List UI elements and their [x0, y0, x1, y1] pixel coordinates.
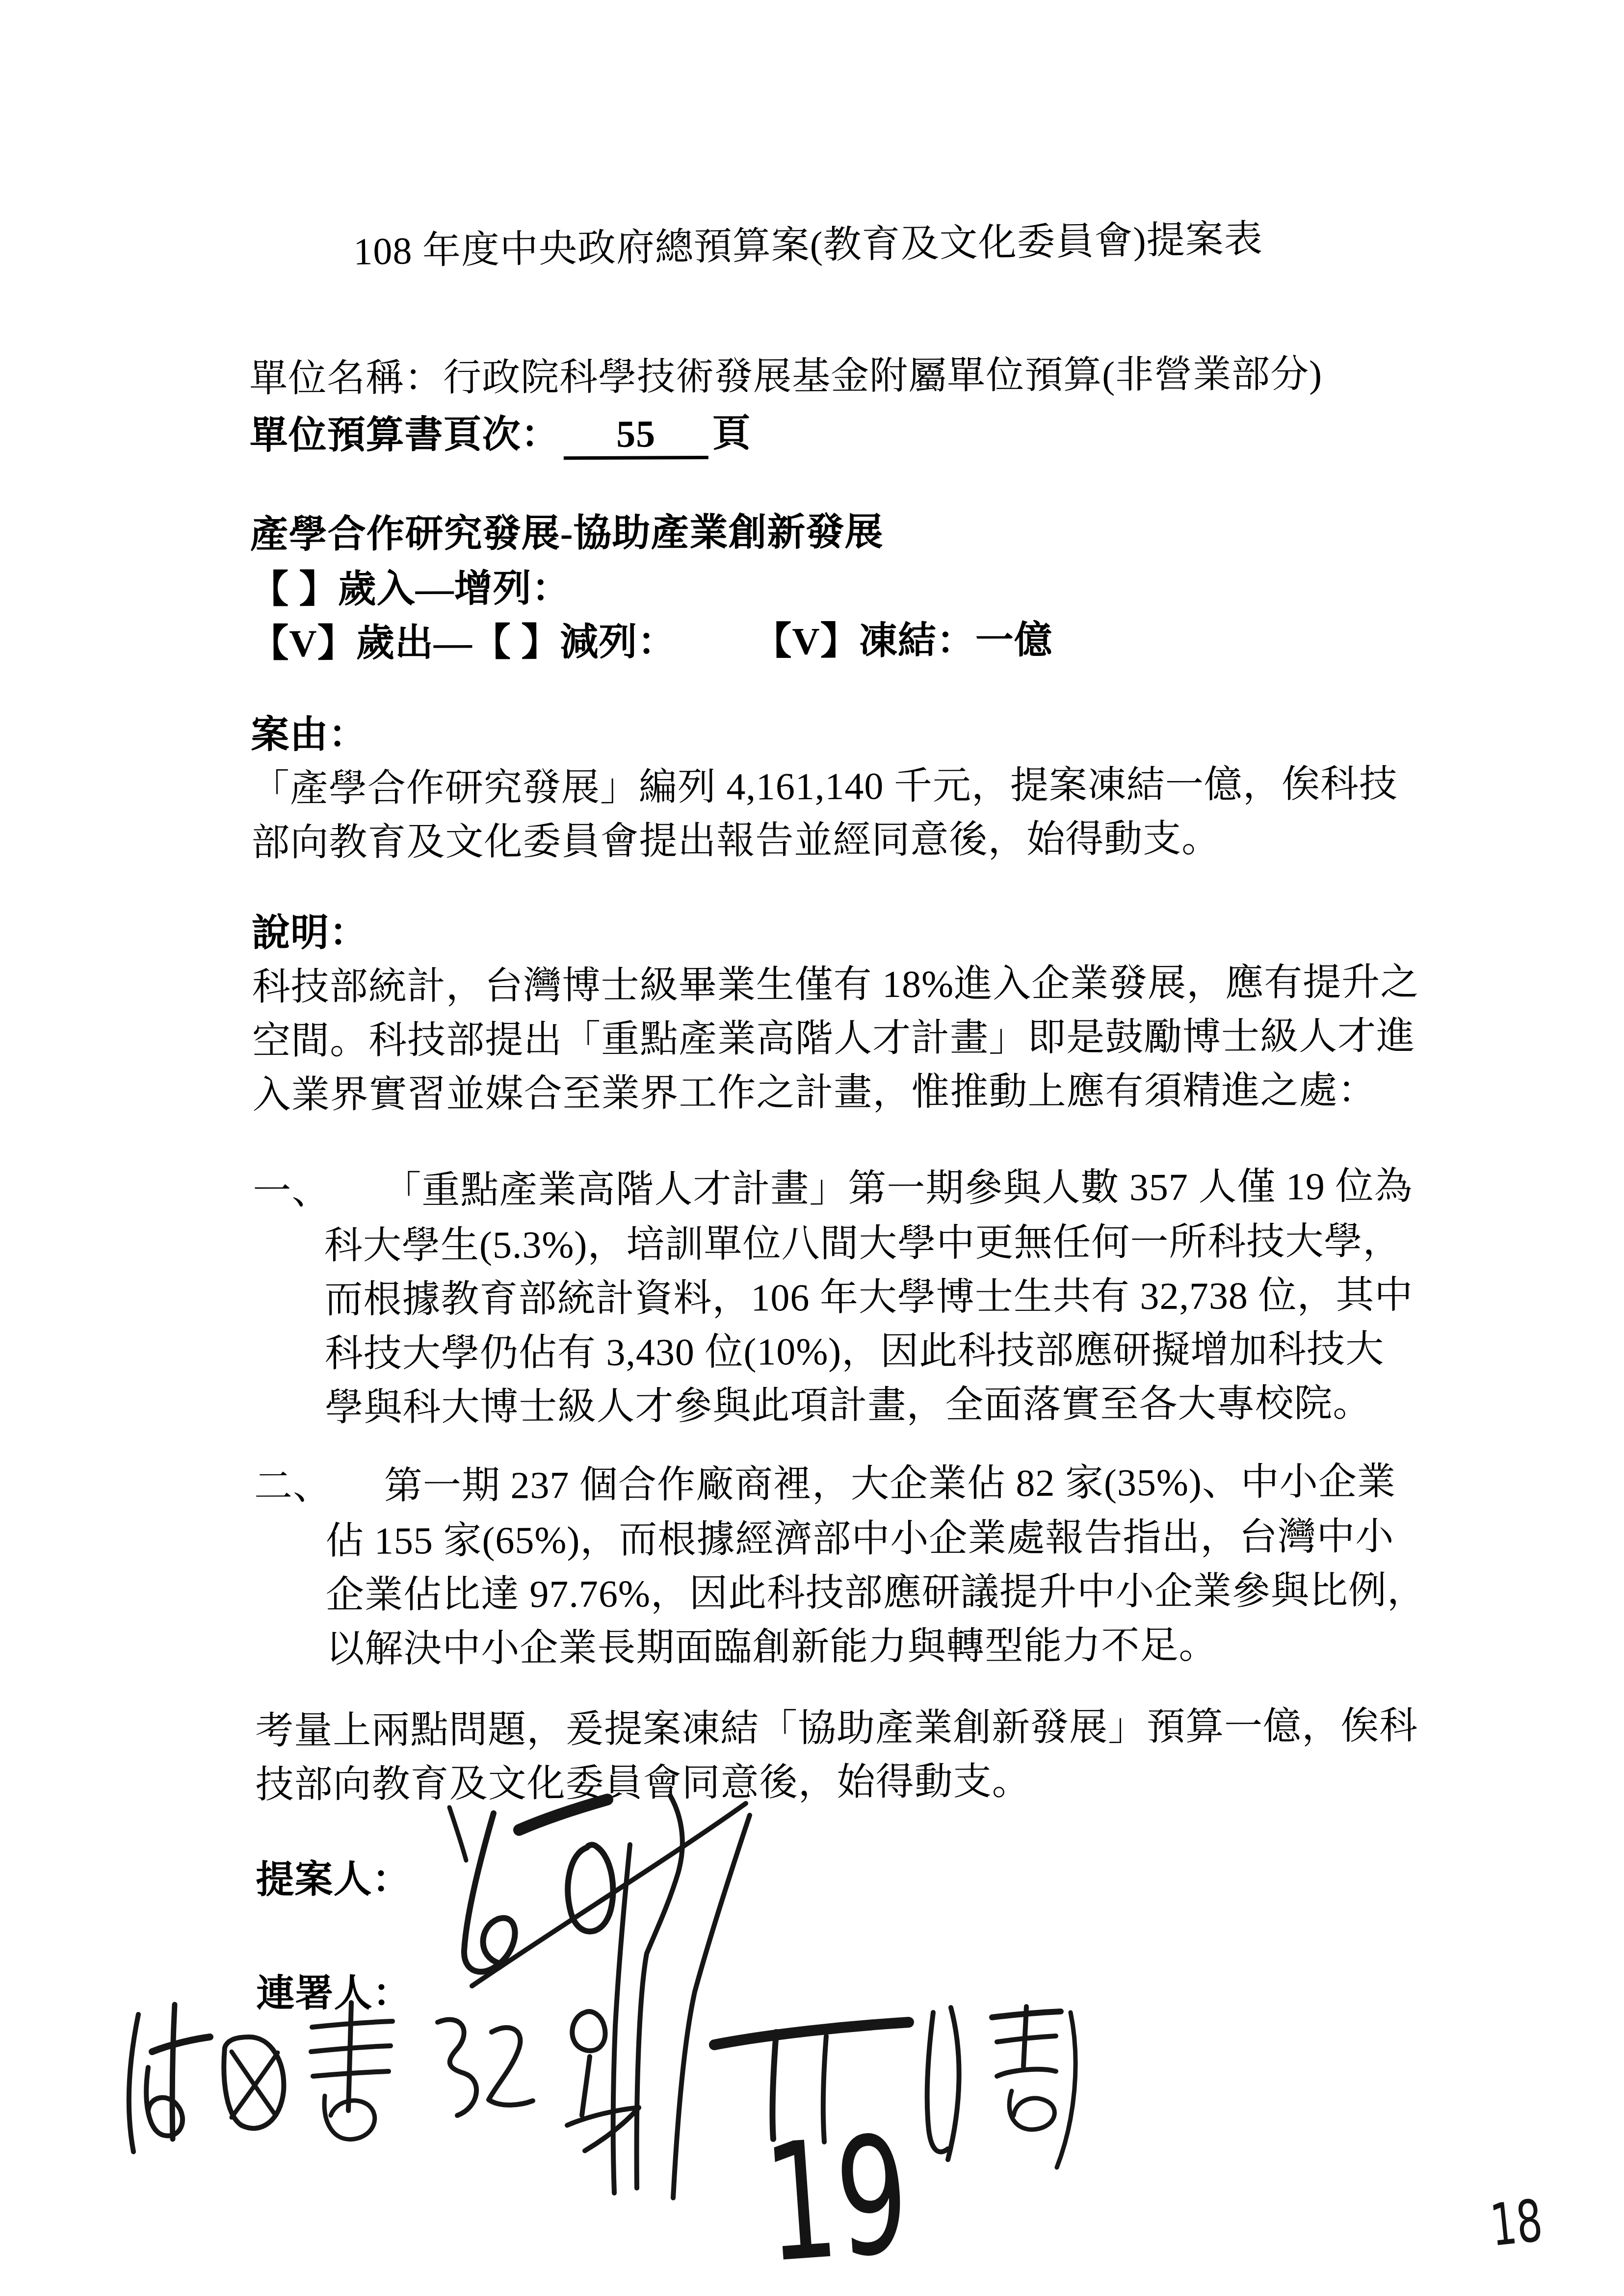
scanned-document-page: 108 年度中央政府總預算案(教育及文化委員會)提案表 單位名稱：行政院科學技術…: [0, 0, 1624, 2296]
check-line-revenue: 【 】歲入—增列：: [250, 566, 571, 612]
check-line-freeze: 【V】凍結：一億: [753, 618, 1053, 663]
item-1-line: 學與科大博士級人才參與此項計畫，全面落實至各大專校院。: [325, 1381, 1371, 1430]
conclusion-line: 技部向教育及文化委員會同意後，始得動支。: [255, 1759, 1030, 1807]
check-line-expense: 【V】歲出—【 】減列：: [250, 620, 676, 665]
explanation-heading: 說明：: [252, 911, 368, 955]
document-content: 108 年度中央政府總預算案(教育及文化委員會)提案表 單位名稱：行政院科學技術…: [0, 0, 1624, 2296]
item-2-line: 以解決中小企業長期面臨創新能力與轉型能力不足。: [326, 1623, 1217, 1671]
item-1-line: 「重點產業高階人才計畫」第一期參與人數 357 人僅 19 位為: [383, 1164, 1413, 1213]
item-2-line: 第一期 237 個合作廠商裡，大企業佔 82 家(35%)、中小企業: [384, 1460, 1396, 1508]
item-2-marker: 二、: [254, 1464, 332, 1508]
case-line: 部向教育及文化委員會提出報告並經同意後，始得動支。: [251, 816, 1220, 864]
item-1-marker: 一、: [253, 1169, 330, 1213]
budget-page-line: 單位預算書頁次：55頁: [249, 412, 751, 461]
item-1-line: 科技大學仍佔有 3,430 位(10%)，因此科技部應研擬增加科技大: [325, 1327, 1385, 1376]
budget-page-label: 單位預算書頁次：: [249, 413, 559, 457]
budget-page-value: 55: [616, 412, 655, 455]
unit-name-line: 單位名稱：行政院科學技術發展基金附屬單位預算(非營業部分): [249, 352, 1322, 400]
item-2-line: 企業佔比達 97.76%，因此科技部應研議提升中小企業參與比例，: [326, 1568, 1426, 1617]
conclusion-line: 考量上兩點問題，爰提案凍結「協助產業創新發展」預算一億，俟科: [255, 1704, 1418, 1753]
item-1-line: 科大學生(5.3%)，培訓單位八間大學中更無任何一所科技大學，: [324, 1219, 1402, 1268]
program-heading: 產學合作研究發展-協助產業創新發展: [250, 510, 883, 556]
budget-page-suffix: 頁: [712, 412, 751, 455]
case-line: 「產學合作研究發展」編列 4,161,140 千元，提案凍結一億，俟科技: [251, 762, 1398, 811]
case-heading: 案由：: [251, 712, 367, 757]
cosigner-label: 連署人：: [256, 1971, 411, 2016]
item-2-line: 佔 155 家(65%)，而根據經濟部中小企業處報告指出，台灣中小: [325, 1514, 1394, 1563]
proposer-label: 提案人：: [256, 1857, 411, 1902]
explanation-line: 入業界實習並媒合至業界工作之計畫，惟推動上應有須精進之處：: [252, 1068, 1376, 1117]
item-1-line: 而根據教育部統計資料，106 年大學博士生共有 32,738 位，其中: [324, 1273, 1413, 1322]
explanation-line: 科技部統計，台灣博士級畢業生僅有 18%進入企業發展，應有提升之: [252, 960, 1419, 1009]
page-title: 108 年度中央政府總預算案(教育及文化委員會)提案表: [0, 212, 1620, 279]
budget-page-blank: 55: [563, 412, 708, 460]
explanation-line: 空間。科技部提出「重點產業高階人才計畫」即是鼓勵博士級人才進: [252, 1014, 1415, 1063]
